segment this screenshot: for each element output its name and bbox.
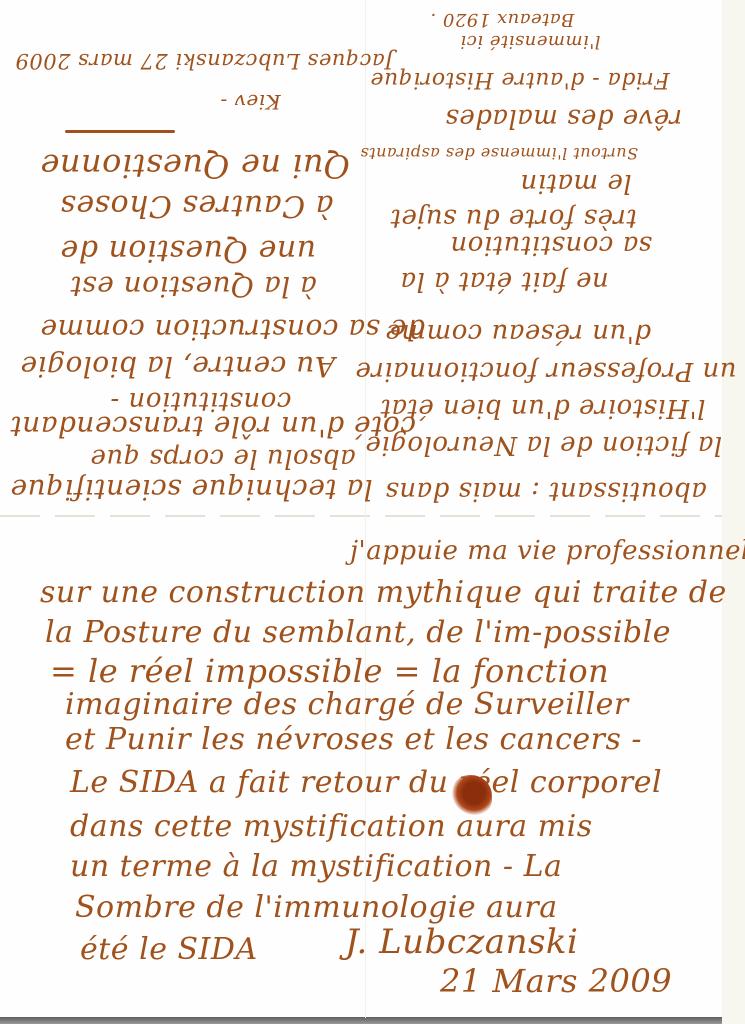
upside-text-line: un Professeur fonctionnaire xyxy=(355,358,736,384)
scan-bottom-edge xyxy=(0,1017,722,1024)
text-line: été le SIDA xyxy=(80,935,258,965)
scan-margin xyxy=(722,0,745,1024)
text-line: sur une construction mythique qui traite… xyxy=(40,578,727,608)
upside-text-line: l'Histoire d'un bien état xyxy=(380,395,705,421)
text-line: Sombre de l'immunologie aura xyxy=(75,893,558,923)
upside-text-line: très forte du sujet xyxy=(390,205,637,231)
upside-text-line: une Question de xyxy=(60,235,316,265)
text-line: dans cette mystification aura mis xyxy=(70,812,593,842)
upside-text-line: Jacques Lubczanski 27 mars 2009 xyxy=(15,50,394,71)
underline-stroke xyxy=(65,130,175,133)
upside-text-line: de sa construction comme xyxy=(40,315,425,343)
text-line: un terme à la mystification - La xyxy=(70,852,562,882)
letter-date: 21 Mars 2009 xyxy=(440,965,672,997)
text-line: la Posture du semblant, de l'im-possible xyxy=(45,618,671,648)
upside-text-line: la technique scientifique xyxy=(10,475,373,503)
upside-text-line: Frida - d'autre Historique xyxy=(370,68,670,90)
upside-text-line: à la Question est xyxy=(70,272,317,300)
upside-text-line: coté d'un rôle transcendant xyxy=(10,412,416,440)
signature: J. Lubczanski xyxy=(345,925,578,959)
upside-text-line: absolu le corps que xyxy=(90,445,356,471)
upside-text-line: Bateaux 1920 . xyxy=(430,10,574,28)
upside-text-line: rêve des malades xyxy=(445,105,682,131)
upside-text-line: la fiction de la Neurologie xyxy=(365,432,722,458)
upside-text-line: ne fait état à la xyxy=(400,268,609,294)
upside-text-line: Au centre, la biologie xyxy=(20,352,335,380)
upside-text-line: à Cautres Choses xyxy=(60,190,334,220)
text-line: = le réel impossible = la fonction xyxy=(50,655,609,687)
upside-text-line: aboutissant : mais dans xyxy=(385,478,707,504)
text-line: Le SIDA a fait retour du réel corporel xyxy=(70,768,662,798)
text-line: imaginaire des chargé de Surveiller xyxy=(65,690,629,720)
text-line: j'appuie ma vie professionnelle xyxy=(350,538,745,564)
upside-text-line: d'un réseau comme xyxy=(385,320,651,346)
upside-text-line: Surtout l'immense des aspirants xyxy=(360,145,638,161)
horizontal-fold-line xyxy=(0,515,722,517)
upside-text-line: Kiev - xyxy=(220,92,281,112)
text-line: et Punir les névroses et les cancers - xyxy=(65,725,642,755)
upside-text-line: le matin xyxy=(520,170,632,196)
upside-text-line: Qui ne Questionne xyxy=(40,150,350,182)
upside-text-line: sa constitution xyxy=(450,232,652,258)
upside-text-line: l'immensité ici xyxy=(460,32,601,50)
